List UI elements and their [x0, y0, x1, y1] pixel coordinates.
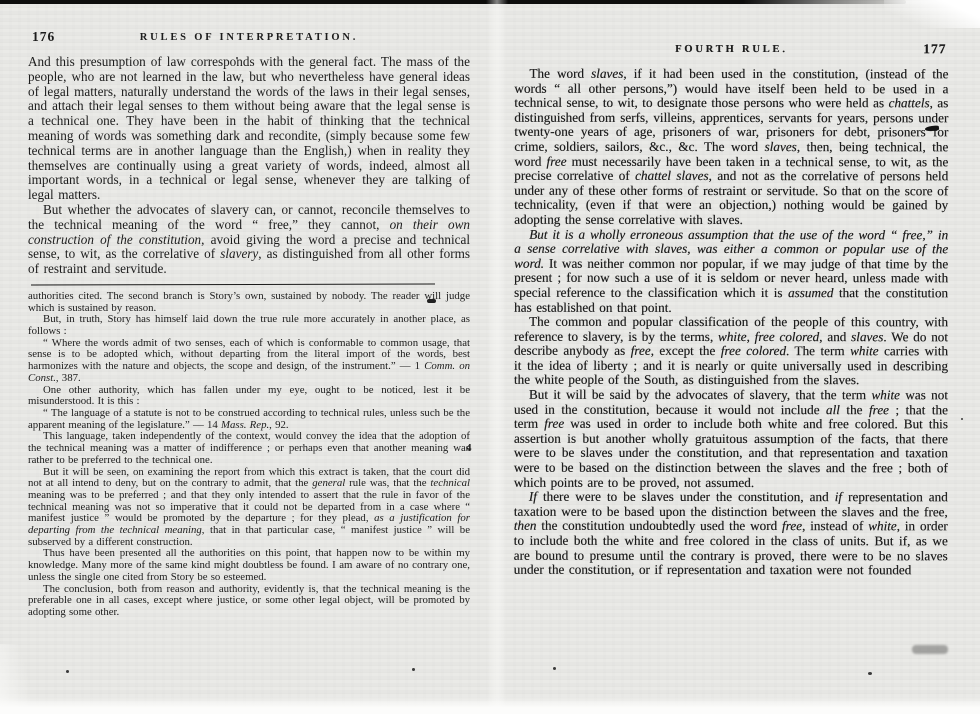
book-scan: 176 RULES OF INTERPRETATION. And this pr… [0, 0, 980, 714]
paper-speck [412, 668, 415, 671]
footnote-paragraph: But it will be seen, on examining the re… [28, 467, 470, 549]
paper-speck [868, 672, 872, 675]
body-paragraph: But it is a wholly erroneous assumption … [514, 227, 948, 315]
ink-dash-mark [427, 299, 436, 303]
ink-smudge [912, 645, 948, 654]
body-paragraph: But it will be said by the advocates of … [514, 388, 948, 491]
footnote-paragraph: Thus have been presented all the authori… [28, 548, 470, 583]
footnote-paragraph: “ The language of a statute is not to be… [28, 408, 470, 431]
body-paragraph: If there were to be slaves under the con… [514, 490, 948, 578]
scan-top-edge [0, 0, 906, 4]
page-left: 176 RULES OF INTERPRETATION. And this pr… [28, 32, 470, 619]
page-gutter [486, 0, 508, 714]
left-footnotes: authorities cited. The second branch is … [28, 291, 470, 619]
page-number-right: 177 [923, 41, 946, 57]
running-head-right: FOURTH RULE. [514, 44, 948, 56]
body-paragraph: And this presumption of law corresponds … [28, 55, 470, 203]
footnote-paragraph: One other authority, which has fallen un… [28, 385, 470, 408]
running-head-left: RULES OF INTERPRETATION. [28, 32, 470, 43]
left-page-header: 176 RULES OF INTERPRETATION. [28, 32, 470, 49]
footnote-paragraph: “ Where the words admit of two senses, e… [28, 338, 470, 385]
page-number-left: 176 [32, 29, 55, 45]
body-paragraph: The word slaves, if it had been used in … [514, 67, 948, 228]
paper-speck [66, 670, 69, 673]
footnote-paragraph: The conclusion, both from reason and aut… [28, 584, 470, 619]
paper-speck [961, 418, 963, 420]
body-paragraph: But whether the advocates of slavery can… [28, 203, 470, 277]
paper-speck [236, 57, 238, 59]
footnote-paragraph: authorities cited. The second branch is … [28, 291, 470, 314]
footnote-separator-rule [31, 283, 435, 285]
page-right: FOURTH RULE. 177 The word slaves, if it … [514, 44, 949, 578]
paper-speck [553, 667, 556, 670]
scan-corner-top-right [884, 0, 980, 28]
signature-mark: 4 [466, 442, 472, 454]
left-body: And this presumption of law corresponds … [28, 55, 470, 277]
scan-bottom-edge [0, 696, 980, 714]
right-page-header: FOURTH RULE. 177 [514, 44, 948, 62]
footnote-paragraph: This language, taken independently of th… [28, 431, 470, 466]
footnote-paragraph: But, in truth, Story has himself laid do… [28, 314, 470, 337]
right-body: The word slaves, if it had been used in … [514, 67, 949, 578]
body-paragraph: The common and popular classification of… [514, 315, 948, 389]
